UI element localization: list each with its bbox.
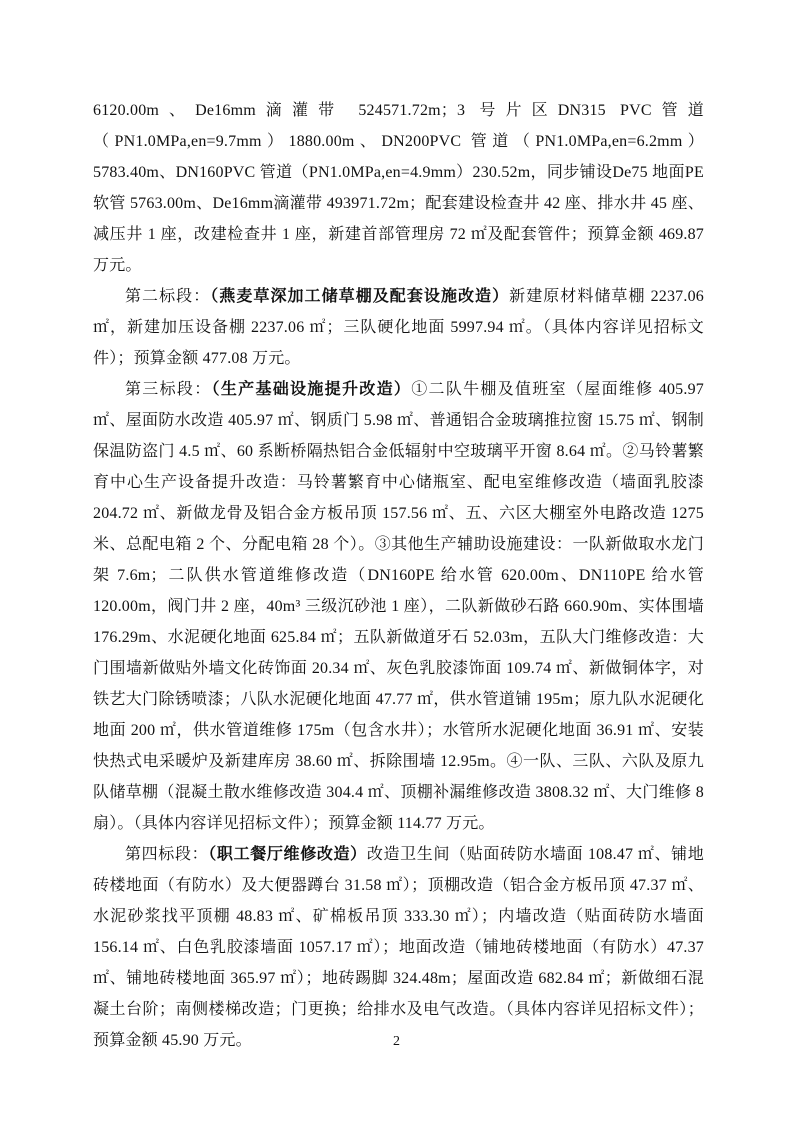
section-title: （职工餐厅维修改造） — [208, 846, 367, 863]
text-segment: 6120.00m、De16mm滴灌带 524571.72m；3 号片区DN315… — [93, 102, 704, 274]
text-segment: ①二队牛棚及值班室（屋面维修 405.97 ㎡、屋面防水改造 405.97 ㎡、… — [93, 381, 704, 832]
page-number: 2 — [0, 1032, 793, 1052]
paragraph: 第三标段：（生产基础设施提升改造）①二队牛棚及值班室（屋面维修 405.97 ㎡… — [93, 374, 704, 839]
paragraph: 第二标段：（燕麦草深加工储草棚及配套设施改造）新建原材料储草棚 2237.06 … — [93, 281, 704, 374]
paragraph: 第四标段：（职工餐厅维修改造）改造卫生间（贴面砖防水墙面 108.47 ㎡、铺地… — [93, 839, 704, 1056]
text-segment: 第二标段： — [125, 288, 210, 305]
paragraph: 6120.00m、De16mm滴灌带 524571.72m；3 号片区DN315… — [93, 95, 704, 281]
document-body: 6120.00m、De16mm滴灌带 524571.72m；3 号片区DN315… — [93, 95, 704, 1056]
section-title: （燕麦草深加工储草棚及配套设施改造） — [210, 288, 509, 305]
text-segment: 第四标段： — [125, 846, 208, 863]
section-title: （生产基础设施提升改造） — [212, 381, 412, 398]
document-page: 6120.00m、De16mm滴灌带 524571.72m；3 号片区DN315… — [0, 0, 793, 1122]
text-segment: 第三标段： — [125, 381, 212, 398]
text-segment: 改造卫生间（贴面砖防水墙面 108.47 ㎡、铺地砖楼地面（有防水）及大便器蹲台… — [93, 846, 704, 1049]
